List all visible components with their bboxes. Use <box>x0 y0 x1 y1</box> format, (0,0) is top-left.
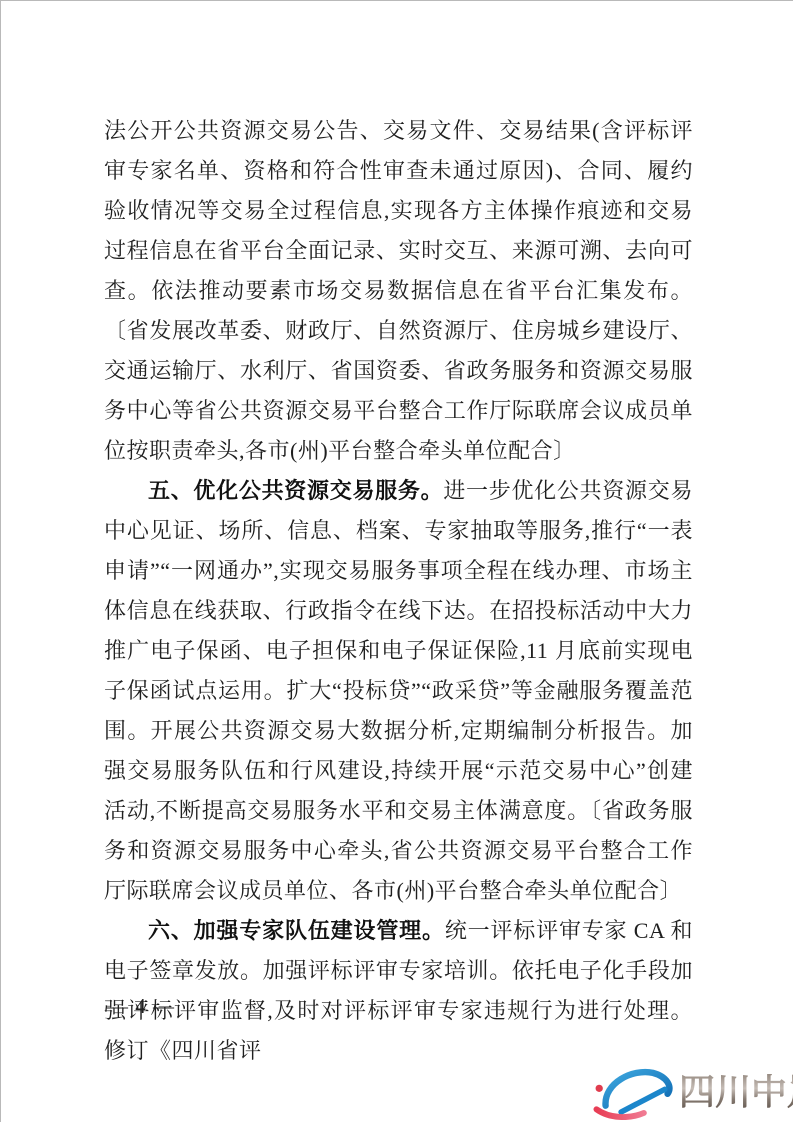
document-body: 法公开公共资源交易公告、交易文件、交易结果(含评标评审专家名单、资格和符合性审查… <box>104 111 693 1071</box>
paragraph-heading: 五、优化公共资源交易服务。 <box>148 478 443 503</box>
zhonglan-z-logo-icon <box>591 1064 673 1120</box>
document-page: 法公开公共资源交易公告、交易文件、交易结果(含评标评审专家名单、资格和符合性审查… <box>0 0 793 1122</box>
watermark-brand: 四川中岚 <box>591 1064 793 1120</box>
brand-name-text: 四川中岚 <box>679 1074 793 1110</box>
paragraph-section-6: 六、加强专家队伍建设管理。统一评标评审专家 CA 和电子签章发放。加强评标评审专… <box>104 911 693 1071</box>
page-number: — 4 — <box>107 994 175 1019</box>
logo-red-dot <box>596 1085 603 1092</box>
paragraph-continued: 法公开公共资源交易公告、交易文件、交易结果(含评标评审专家名单、资格和符合性审查… <box>104 111 693 471</box>
paragraph-heading: 六、加强专家队伍建设管理。 <box>148 918 445 943</box>
logo-blue-diagonal <box>621 1089 665 1112</box>
paragraph-text: 法公开公共资源交易公告、交易文件、交易结果(含评标评审专家名单、资格和符合性审查… <box>104 118 693 463</box>
paragraph-section-5: 五、优化公共资源交易服务。进一步优化公共资源交易中心见证、场所、信息、档案、专家… <box>104 471 693 911</box>
paragraph-text: 进一步优化公共资源交易中心见证、场所、信息、档案、专家抽取等服务,推行“一表申请… <box>104 478 693 903</box>
